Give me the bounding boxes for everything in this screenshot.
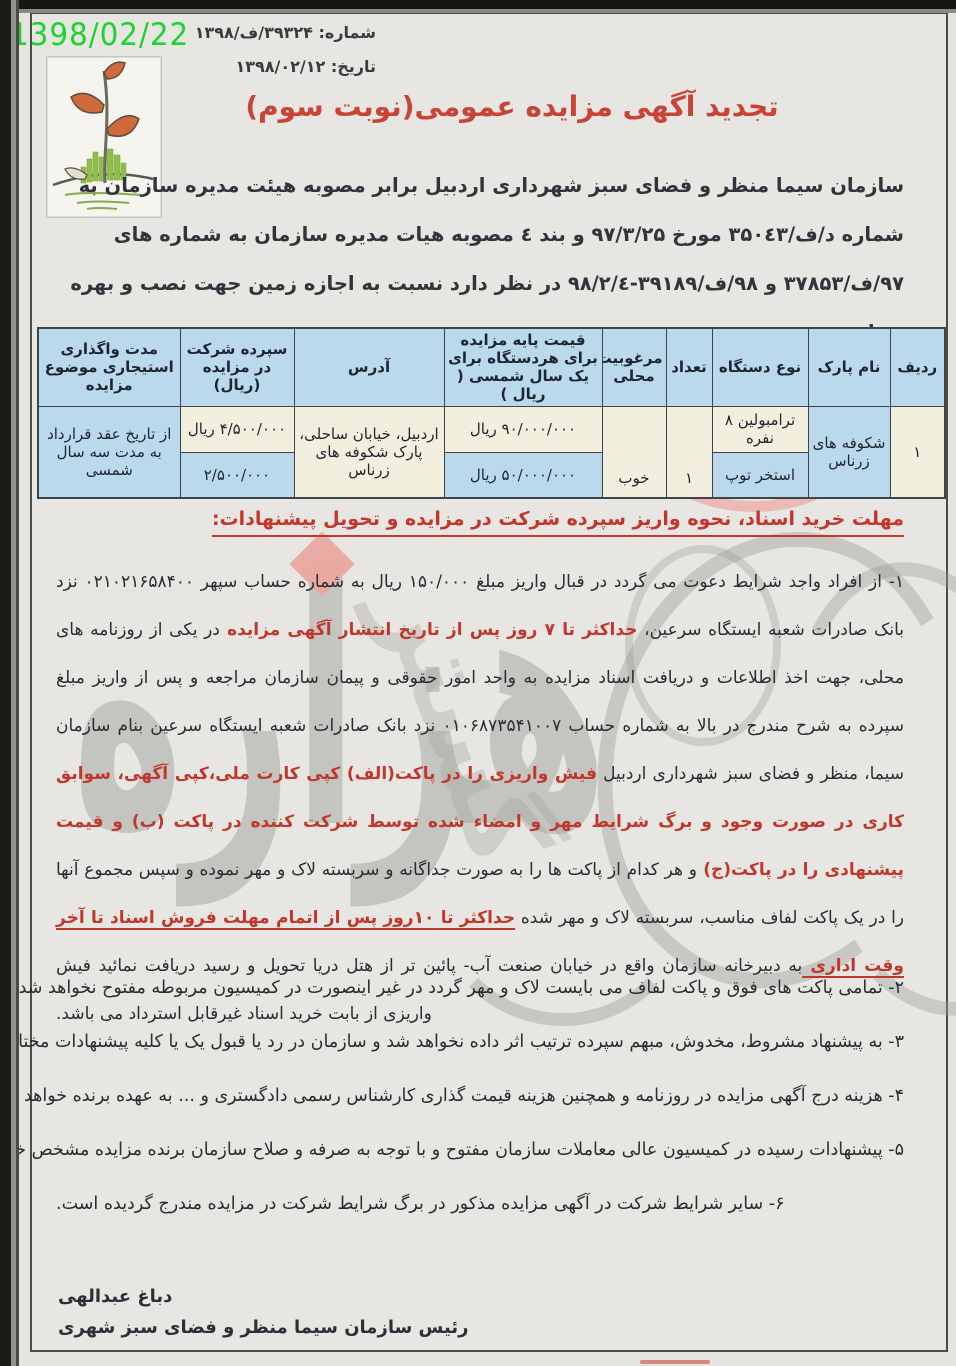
scan-edge-top xyxy=(0,0,956,9)
cell-deposit-2: ۲/۵۰۰/۰۰۰ xyxy=(180,452,294,498)
signer-name: دباغ عبدالهی xyxy=(58,1281,468,1312)
terms-text: در یکی از روزنامه های محلی، جهت اخذ اطلا… xyxy=(56,620,904,784)
terms-item-4: ۴- هزینه درج آگهی مزایده در روزنامه و هم… xyxy=(56,1086,904,1106)
cell-device-type-1: ترامبولین ۸ نفره xyxy=(712,406,808,452)
cell-device-type-2: استخر توپ xyxy=(712,452,808,498)
scan-bottom-red-mark xyxy=(640,1360,710,1364)
terms-item-5: ۵- پیشنهادات رسیده در کمیسیون عالی معامل… xyxy=(56,1140,904,1160)
cell-local-quality: خوب xyxy=(602,406,666,498)
intro-line: شماره د/ف/۳۵۰٤۳ مورخ ۹۷/۳/۲۵ و بند ٤ مصو… xyxy=(60,210,904,259)
cell-base-price-2: ۵۰/۰۰۰/۰۰۰ ریال xyxy=(444,452,602,498)
section-heading: مهلت خرید اسناد، نحوه واریز سپرده شرکت د… xyxy=(212,508,904,537)
cell-address: اردبیل، خیابان ساحلی، پارک شکوفه های زرن… xyxy=(294,406,444,498)
table-row: ۱ شکوفه های زرناس ترامبولین ۸ نفره ۱ خوب… xyxy=(38,406,945,452)
col-header-lease-term: مدت واگذاری استیجاری موضوع مزایده xyxy=(38,328,180,406)
cell-deposit-1: ۴/۵۰۰/۰۰۰ ریال xyxy=(180,406,294,452)
col-header-deposit: سپرده شرکت در مزایده (ریال) xyxy=(180,328,294,406)
scan-edge-left xyxy=(0,0,11,1366)
page-title: تجدید آگهی مزایده عمومی(نوبت سوم) xyxy=(55,90,956,123)
col-header-row-no: ردیف xyxy=(890,328,945,406)
col-header-address: آدرس xyxy=(294,328,444,406)
terms-item-6: ۶- سایر شرایط شرکت در آگهی مزایده مذکور … xyxy=(56,1194,904,1214)
scan-edge-left-shadow xyxy=(16,0,19,1366)
col-header-local-quality: مرغوبیت محلی xyxy=(602,328,666,406)
terms-item-2: ۲- تمامی پاکت های فوق و پاکت لفاف می بای… xyxy=(56,978,904,998)
cell-park-name: شکوفه های زرناس xyxy=(808,406,890,498)
document-number: شماره: ۳۹۳۲۴/ف/۱۳۹۸ xyxy=(150,16,376,50)
col-header-base-price: قیمت پایه مزایده برای هردستگاه برای یک س… xyxy=(444,328,602,406)
cell-lease-term: از تاریخ عقد قرارداد به مدت سه سال شمسی xyxy=(38,406,180,498)
document-date: تاریخ: ۱۳۹۸/۰۲/۱۲ xyxy=(150,50,376,84)
terms-item-1: ۱- از افراد واجد شرایط دعوت می گردد در ق… xyxy=(56,558,904,1038)
scan-edge-top-shadow xyxy=(0,9,956,13)
col-header-park-name: نام پارک xyxy=(808,328,890,406)
document-content: 1398/02/22 شمار xyxy=(0,0,956,1366)
col-header-count: تعداد xyxy=(666,328,712,406)
cell-row-no: ۱ xyxy=(890,406,945,498)
cell-count: ۱ xyxy=(666,406,712,498)
intro-line: سازمان سیما منظر و فضای سبز شهرداری اردب… xyxy=(60,161,904,210)
signature-block: دباغ عبدالهی رئیس سازمان سیما منظر و فضا… xyxy=(58,1281,468,1343)
col-header-device-type: نوع دستگاه xyxy=(712,328,808,406)
terms-item-3: ۳- به پیشنهاد مشروط، مخدوش، مبهم سپرده ت… xyxy=(56,1032,904,1052)
terms-highlight: حداکثر تا ۷ روز پس از تاریخ انتشار آگهی … xyxy=(220,620,638,640)
auction-table: ردیف نام پارک نوع دستگاه تعداد مرغوبیت م… xyxy=(37,327,946,499)
signer-title: رئیس سازمان سیما منظر و فضای سبز شهری xyxy=(58,1312,468,1343)
cell-base-price-1: ۹۰/۰۰۰/۰۰۰ ریال xyxy=(444,406,602,452)
document-meta: شماره: ۳۹۳۲۴/ف/۱۳۹۸ تاریخ: ۱۳۹۸/۰۲/۱۲ xyxy=(150,16,376,84)
